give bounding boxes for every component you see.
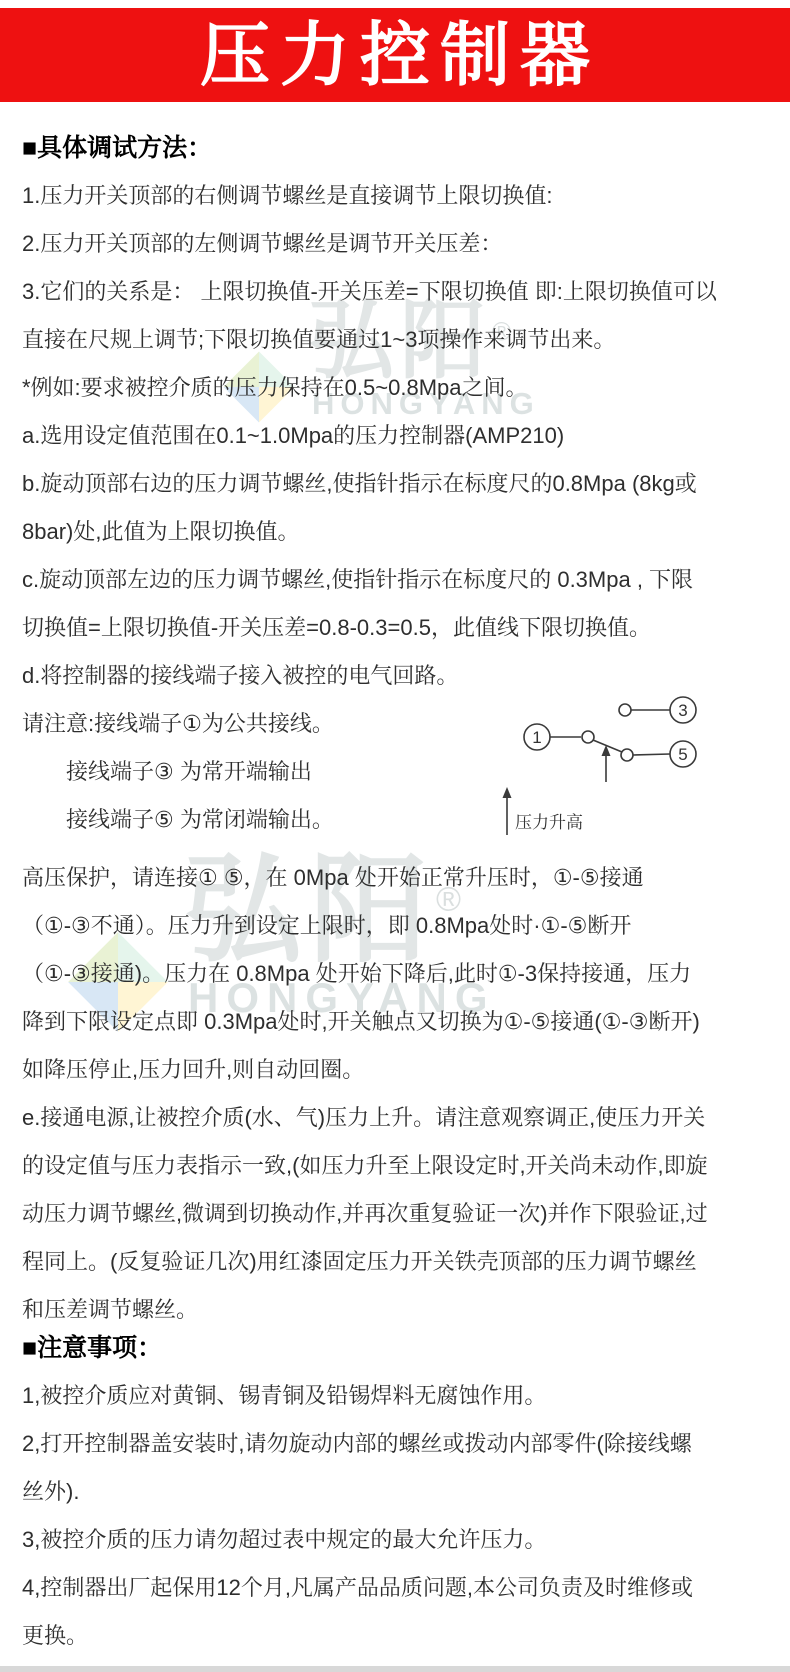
text-line: 直接在尺规上调节;下限切换值要通过1~3项操作来调节出来。 (22, 316, 768, 364)
text-line: 程同上。(反复验证几次)用红漆固定压力开关铁壳顶部的压力调节螺丝 (22, 1238, 768, 1286)
paragraph-step-e: e.接通电源,让被控介质(水、气)压力上升。请注意观察调正,使压力开关 的设定值… (22, 1094, 768, 1334)
section-heading-notes: ■注意事项： (22, 1324, 768, 1372)
arrow-up-icon (503, 787, 512, 798)
title-banner: 压力控制器 (0, 8, 790, 102)
text-line: 丝外). (22, 1468, 768, 1516)
text-line: b.旋动顶部右边的压力调节螺丝,使指针指示在标度尺的0.8Mpa (8kg或 (22, 460, 768, 508)
text-line: （①-③接通)。压力在 0.8Mpa 处开始下降后,此时①-3保持接通，压力 (22, 950, 768, 998)
text-line: 高压保护，请连接① ⑤，在 0Mpa 处开始正常升压时，①-⑤接通 (22, 854, 768, 902)
contact-dot (621, 749, 633, 761)
terminal-label: 5 (678, 745, 687, 764)
terminal-label: 1 (532, 728, 541, 747)
text-line: 2,打开控制器盖安装时,请勿旋动内部的螺丝或拨动内部零件(除接线螺 (22, 1420, 768, 1468)
paragraph-high-pressure-protection: 高压保护，请连接① ⑤，在 0Mpa 处开始正常升压时，①-⑤接通 （①-③不通… (22, 854, 768, 1094)
contact-dot (619, 704, 631, 716)
text-line: 如降压停止,压力回升,则自动回圈。 (22, 1046, 768, 1094)
text-line: 8bar)处,此值为上限切换值。 (22, 508, 768, 556)
text-line: 降到下限设定点即 0.3Mpa处时,开关触点又切换为①-⑤接通(①-③断开) (22, 998, 768, 1046)
text-line: c.旋动顶部左边的压力调节螺丝,使指针指示在标度尺的 0.3Mpa , 下限 (22, 556, 768, 604)
text-line: *例如:要求被控介质的压力保持在0.5~0.8Mpa之间。 (22, 364, 768, 412)
text-line: 2.压力开关顶部的左侧调节螺丝是调节开关压差： (22, 220, 768, 268)
text-line: e.接通电源,让被控介质(水、气)压力上升。请注意观察调正,使压力开关 (22, 1094, 768, 1142)
text-line: （①-③不通）。压力升到设定上限时，即 0.8Mpa处时·①-⑤断开 (22, 902, 768, 950)
text-line: 的设定值与压力表指示一致,(如压力升至上限设定时,开关尚未动作,即旋 (22, 1142, 768, 1190)
text-line: a.选用设定值范围在0.1~1.0Mpa的压力控制器(AMP210) (22, 412, 768, 460)
terminal-label: 3 (678, 701, 687, 720)
text-line: 3,被控介质的压力请勿超过表中规定的最大允许压力。 (22, 1516, 768, 1564)
pressure-rise-label: 压力升高 (515, 813, 583, 832)
text-line: 4,控制器出厂起保用12个月,凡属产品品质问题,本公司负责及时维修或 (22, 1564, 768, 1612)
text-line: 更换。 (22, 1612, 768, 1660)
page-title: 压力控制器 (190, 8, 600, 102)
text-line: 1.压力开关顶部的右侧调节螺丝是直接调节上限切换值: (22, 172, 768, 220)
text-line: 动压力调节螺丝,微调到切换动作,并再次重复验证一次)并作下限验证,过 (22, 1190, 768, 1238)
bottom-divider (0, 1666, 790, 1672)
text-line: 3.它们的关系是： 上限切换值-开关压差=下限切换值 即:上限切换值可以 (22, 268, 768, 316)
wiring-diagram: 1 3 5 压力升高 (480, 645, 710, 840)
text-line: 1,被控介质应对黄铜、锡青铜及铅锡焊料无腐蚀作用。 (22, 1372, 768, 1420)
section-heading-method: ■具体调试方法： (22, 124, 768, 172)
contact-dot (582, 731, 594, 743)
document-body: ■具体调试方法： 1.压力开关顶部的右侧调节螺丝是直接调节上限切换值: 2.压力… (22, 124, 768, 1660)
